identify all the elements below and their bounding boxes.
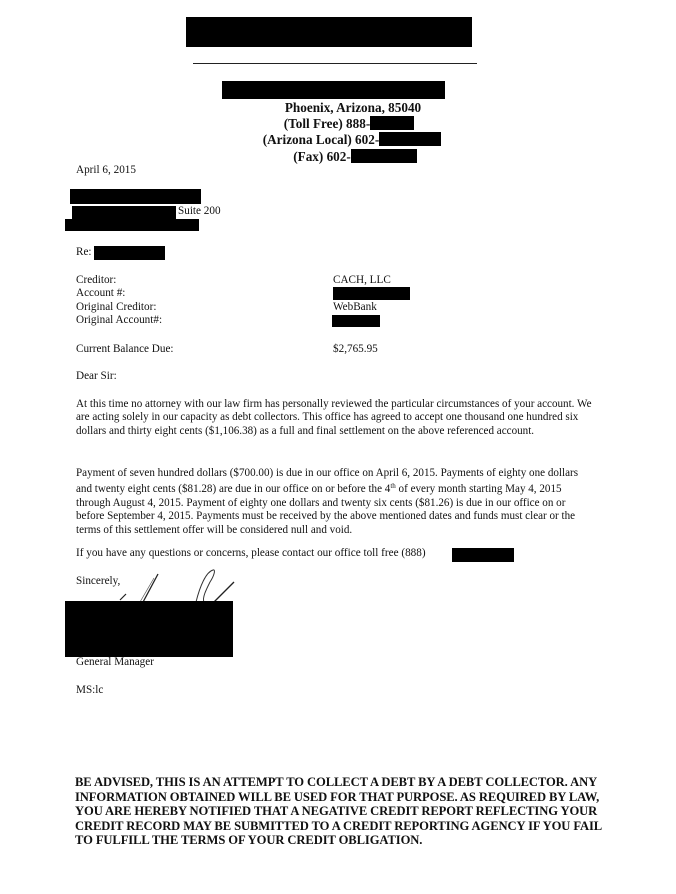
original-creditor-value: WebBank [333, 301, 377, 313]
redacted-contact-number [452, 548, 514, 562]
redacted-original-account [332, 315, 380, 327]
redacted-toll-free-number [370, 116, 414, 130]
paragraph-settlement-text: At this time no attorney with our law fi… [76, 398, 596, 438]
creditor-label: Creditor: [76, 274, 116, 286]
redacted-recipient-city [65, 219, 199, 231]
original-account-label: Original Account#: [76, 314, 162, 326]
paragraph-payment-schedule: Payment of seven hundred dollars ($700.0… [76, 467, 596, 537]
redacted-re-reference [94, 246, 165, 260]
redacted-account-number [333, 287, 410, 300]
letter-date: April 6, 2015 [76, 164, 136, 176]
toll-free-label: (Toll Free) 888- [284, 116, 370, 131]
balance-value: $2,765.95 [333, 343, 378, 355]
balance-label: Current Balance Due: [76, 343, 174, 355]
fax-label: (Fax) 602- [293, 149, 351, 164]
signature-icon [110, 566, 240, 606]
debt-collection-notice: BE ADVISED, THIS IS AN ATTEMPT TO COLLEC… [75, 775, 615, 848]
recipient-suite: Suite 200 [178, 205, 221, 217]
redacted-signer-name [65, 601, 233, 657]
paragraph-settlement-offer: At this time no attorney with our law fi… [76, 398, 596, 438]
redacted-recipient-name [70, 189, 201, 204]
letterhead-local: (Arizona Local) 602- [14, 132, 676, 148]
redacted-firm-name [186, 17, 472, 47]
local-phone-label: (Arizona Local) 602- [263, 132, 379, 147]
re-label: Re: [76, 246, 92, 258]
account-number-label: Account #: [76, 287, 125, 299]
original-creditor-label: Original Creditor: [76, 301, 156, 313]
letterhead-toll-free: (Toll Free) 888- [11, 116, 676, 132]
redacted-recipient-street [72, 206, 176, 219]
letterhead-city: Phoenix, Arizona, 85040 [15, 100, 676, 116]
letterhead-divider [193, 63, 477, 64]
redacted-local-number [379, 132, 441, 146]
signer-title: General Manager [76, 656, 154, 668]
redacted-fax-number [351, 149, 417, 163]
payment-schedule-text: Payment of seven hundred dollars ($700.0… [76, 467, 596, 537]
contact-line: If you have any questions or concerns, p… [76, 547, 426, 559]
redacted-street-address [222, 81, 445, 99]
initials: MS:lc [76, 684, 103, 696]
letterhead-fax: (Fax) 602- [17, 149, 676, 165]
salutation: Dear Sir: [76, 370, 117, 382]
creditor-value: CACH, LLC [333, 274, 391, 286]
